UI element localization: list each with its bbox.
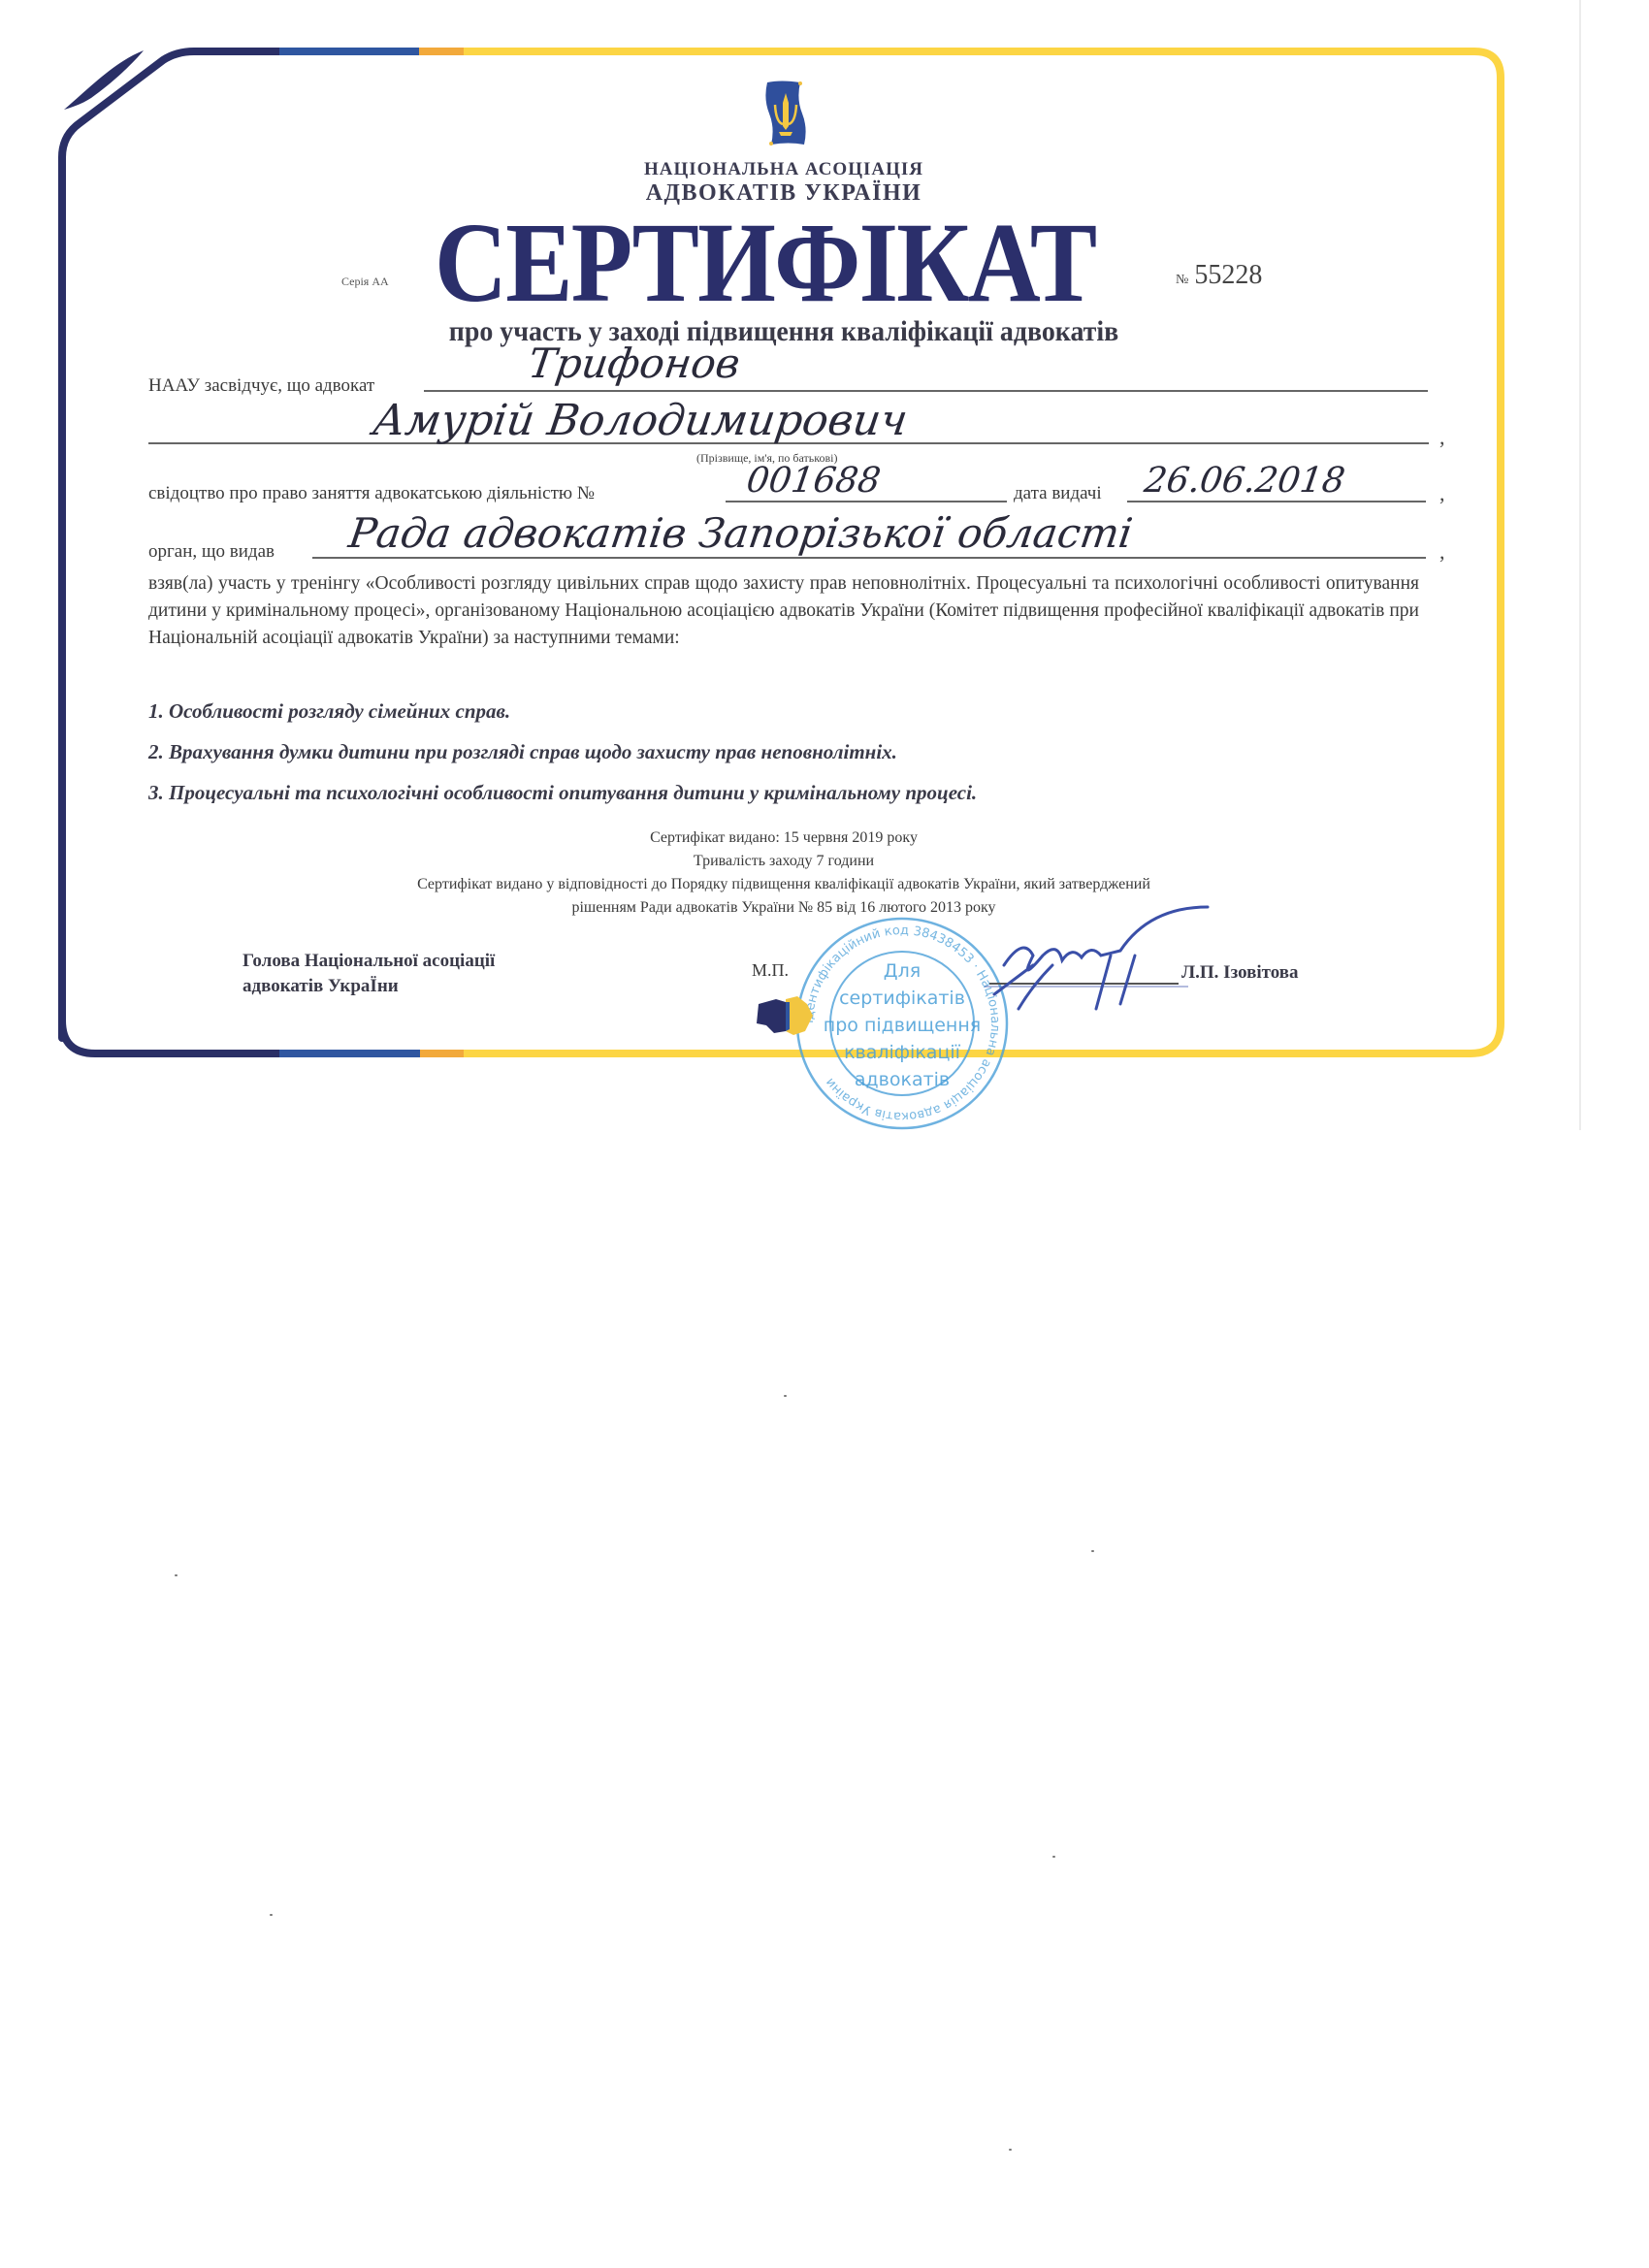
scan-speck xyxy=(1052,1856,1055,1858)
topic-item: 1. Особливості розгляду сімейних справ. xyxy=(148,691,977,731)
scan-speck xyxy=(270,1914,273,1916)
date-comma: , xyxy=(1439,481,1445,506)
number-sign: № xyxy=(1176,273,1188,287)
stamp-line: сертифікатів xyxy=(839,988,965,1009)
certificate-series: Серія АА xyxy=(341,275,389,289)
stamp-line: про підвищення xyxy=(824,1015,981,1036)
certificate-title: СЕРТИФІКАТ xyxy=(435,206,1095,320)
scan-speck xyxy=(1009,2149,1012,2151)
license-label: свідоцтво про право заняття адвокатською… xyxy=(148,483,595,504)
certificate-number: №55228 xyxy=(1176,260,1262,291)
scan-speck xyxy=(1091,1550,1094,1552)
organization-name-line1: НАЦІОНАЛЬНА АСОЦІАЦІЯ xyxy=(0,159,1568,180)
scan-speck xyxy=(175,1574,178,1576)
surname-line xyxy=(424,390,1428,392)
training-description: взяв(ла) участь у тренінгу «Особливості … xyxy=(148,570,1419,652)
basis-note-line1: Сертифікат видано у відповідності до Пор… xyxy=(0,876,1568,893)
issuer-comma: , xyxy=(1439,539,1445,565)
topics-list: 1. Особливості розгляду сімейних справ. … xyxy=(148,691,977,813)
head-title-line1: Голова Національної асоціації xyxy=(242,949,495,974)
issuer-label: орган, що видав xyxy=(148,541,275,563)
topic-item: 3. Процесуальні та психологічні особливо… xyxy=(148,772,977,813)
duration-note: Тривалість заходу 7 години xyxy=(0,853,1568,870)
stamp-line: адвокатів xyxy=(855,1069,950,1090)
issue-date-line xyxy=(1127,501,1426,502)
seal-place-label: М.П. xyxy=(752,960,789,981)
surname-handwritten: Трифонов xyxy=(526,340,743,387)
certificate-number-value: 55228 xyxy=(1194,260,1262,290)
license-number-handwritten: 001688 xyxy=(744,461,883,501)
trident-logo-icon xyxy=(761,80,815,147)
issuer-line xyxy=(312,557,1426,559)
scan-page-edge xyxy=(1579,0,1581,1130)
stamp-line: Для xyxy=(884,960,921,982)
name-patronymic-handwritten: Амурій Володимирович xyxy=(370,396,910,445)
head-title: Голова Національної асоціації адвокатів … xyxy=(242,949,495,999)
issuer-handwritten: Рада адвокатів Запорізької області xyxy=(346,509,1136,557)
stamp-line: кваліфікації xyxy=(844,1042,961,1063)
attests-label: НААУ засвідчує, що адвокат xyxy=(148,375,374,397)
license-number-line xyxy=(726,501,1007,502)
issue-date-note: Сертифікат видано: 15 червня 2019 року xyxy=(0,829,1568,847)
scan-speck xyxy=(784,1395,787,1397)
name-comma: , xyxy=(1439,425,1445,450)
issue-date-handwritten: 26.06.2018 xyxy=(1142,461,1347,501)
head-title-line2: адвокатів УкраЇни xyxy=(242,974,495,999)
issue-date-label: дата видачі xyxy=(1014,483,1102,504)
ukraine-map-icon xyxy=(757,999,786,1033)
topic-item: 2. Врахування думки дитини при розгляді … xyxy=(148,731,977,772)
signer-name: Л.П. Ізовітова xyxy=(1181,962,1299,984)
certificate-subtitle: про участь у заході підвищення кваліфіка… xyxy=(55,315,1513,348)
